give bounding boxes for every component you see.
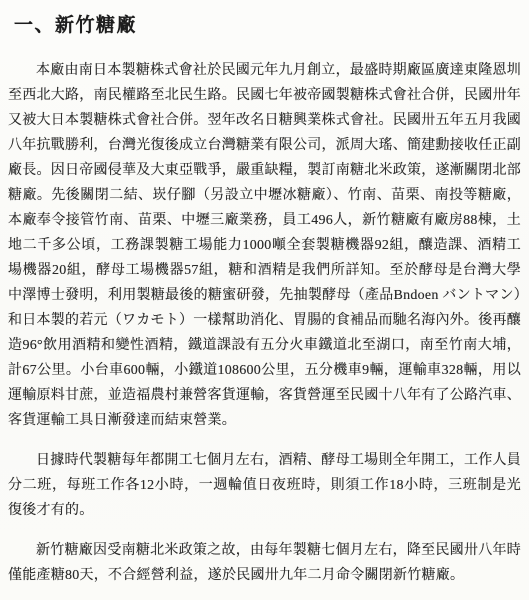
paragraph-factory-history: 本廠由南日本製糖株式會社於民國元年九月創立，最盛時期廠區廣達東隆恩圳至西北大路，… [8,58,521,433]
paragraph-closure: 新竹糖廠因受南糖北米政策之故，由每年製糖七個月左右，降至民國卅八年時僅能產糖80… [8,538,521,588]
paragraph-work-shifts: 日據時代製糖每年都開工七個月左右，酒精、酵母工場則全年開工，工作人員分二班，每班… [8,448,521,523]
section-title: 一、新竹糖廠 [14,10,521,37]
scanned-document-page: 一、新竹糖廠 本廠由南日本製糖株式會社於民國元年九月創立，最盛時期廠區廣達東隆恩… [0,0,529,600]
document-body: 本廠由南日本製糖株式會社於民國元年九月創立，最盛時期廠區廣達東隆恩圳至西北大路，… [8,58,521,588]
